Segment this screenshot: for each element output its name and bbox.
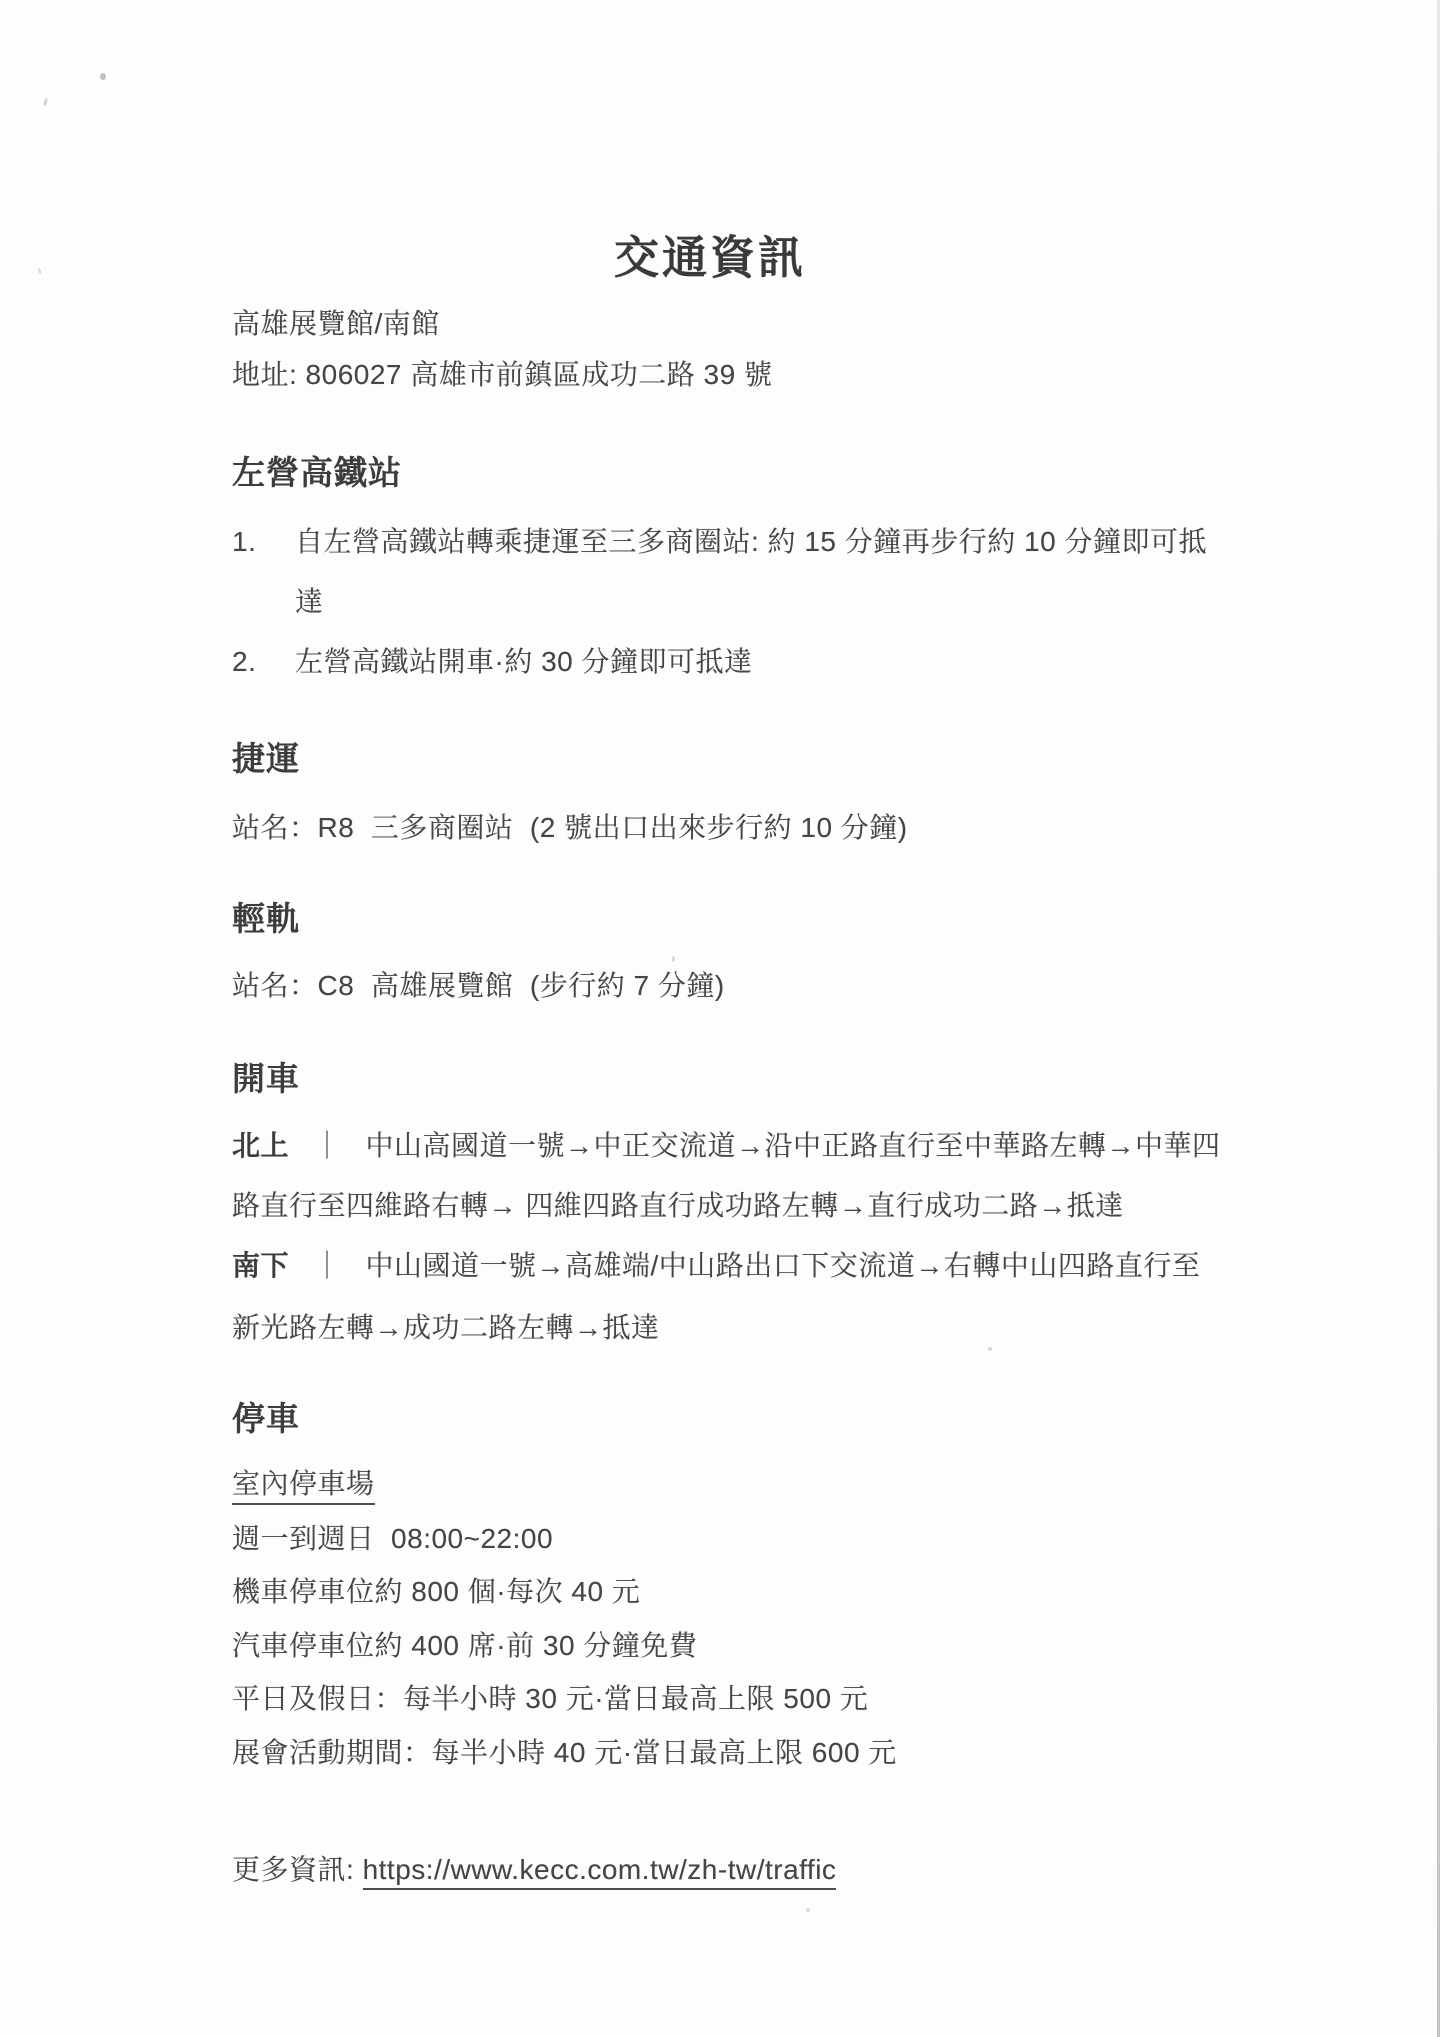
parking-hours: 週一到週日 08:00~22:00 (232, 1521, 553, 1556)
parking-car-info: 汽車停車位約 400 席·前 30 分鐘免費 (232, 1628, 697, 1663)
venue-name: 高雄展覽館/南館 (232, 306, 440, 341)
section-heading-drive: 開車 (232, 1058, 300, 1099)
scan-speck (100, 73, 106, 80)
scanned-document-page: 交通資訊 高雄展覽館/南館 地址: 806027 高雄市前鎮區成功二路 39 號… (0, 0, 1440, 2037)
scan-speck (672, 956, 675, 962)
lrt-station-info: 站名：C8 高雄展覽館 (步行約 7 分鐘) (232, 968, 725, 1003)
hsr-item-2-text: 左營高鐵站開車·約 30 分鐘即可抵達 (295, 646, 753, 677)
page-title: 交通資訊 (0, 230, 1420, 286)
parking-motorcycle-info: 機車停車位約 800 個·每次 40 元 (232, 1574, 640, 1609)
parking-weekday-rate: 平日及假日：每半小時 30 元·當日最高上限 500 元 (232, 1681, 868, 1716)
hsr-item-1-continuation: 達 (295, 584, 324, 619)
venue-address: 地址: 806027 高雄市前鎮區成功二路 39 號 (232, 357, 772, 392)
drive-southbound-line2: 新光路左轉→成功二路左轉→抵達 (232, 1310, 660, 1345)
southbound-route-text: 中山國道一號→高雄端/中山路出口下交流道→右轉中山四路直行至 (366, 1250, 1201, 1281)
scan-speck (988, 1347, 992, 1351)
section-heading-hsr: 左營高鐵站 (232, 452, 402, 493)
section-heading-lrt: 輕軌 (232, 898, 300, 939)
northbound-route-text: 中山高國道一號→中正交流道→沿中正路直行至中華路左轉→中華四 (366, 1130, 1221, 1161)
more-info-label: 更多資訊: (232, 1854, 363, 1885)
mrt-station-info: 站名：R8 三多商圈站 (2 號出口出來步行約 10 分鐘) (232, 810, 908, 845)
hsr-item-2: 2.左營高鐵站開車·約 30 分鐘即可抵達 (232, 644, 753, 679)
northbound-label: 北上 (232, 1130, 289, 1161)
list-number: 1. (232, 524, 295, 559)
drive-southbound-line1: 南下｜中山國道一號→高雄端/中山路出口下交流道→右轉中山四路直行至 (232, 1248, 1200, 1283)
section-heading-mrt: 捷運 (232, 738, 300, 779)
list-number: 2. (232, 644, 295, 679)
more-info-row: 更多資訊: https://www.kecc.com.tw/zh-tw/traf… (232, 1852, 836, 1887)
parking-event-rate: 展會活動期間：每半小時 40 元·當日最高上限 600 元 (232, 1735, 897, 1770)
drive-northbound-line1: 北上｜中山高國道一號→中正交流道→沿中正路直行至中華路左轉→中華四 (232, 1128, 1221, 1163)
traffic-info-link[interactable]: https://www.kecc.com.tw/zh-tw/traffic (363, 1854, 837, 1890)
drive-northbound-line2: 路直行至四維路右轉→ 四維四路直行成功路左轉→直行成功二路→抵達 (232, 1188, 1124, 1223)
hsr-item-1: 1.自左營高鐵站轉乘捷運至三多商圈站: 約 15 分鐘再步行約 10 分鐘即可抵 (232, 524, 1207, 559)
southbound-label: 南下 (232, 1250, 289, 1281)
parking-lot-title: 室內停車場 (232, 1468, 375, 1505)
hsr-item-1-text: 自左營高鐵站轉乘捷運至三多商圈站: 約 15 分鐘再步行約 10 分鐘即可抵 (295, 526, 1207, 557)
scan-speck (806, 1908, 810, 1912)
parking-lot-title-row: 室內停車場 (232, 1466, 375, 1501)
direction-separator: ｜ (313, 1130, 342, 1161)
section-heading-parking: 停車 (232, 1398, 300, 1439)
scan-speck (43, 98, 48, 107)
direction-separator: ｜ (313, 1250, 342, 1281)
